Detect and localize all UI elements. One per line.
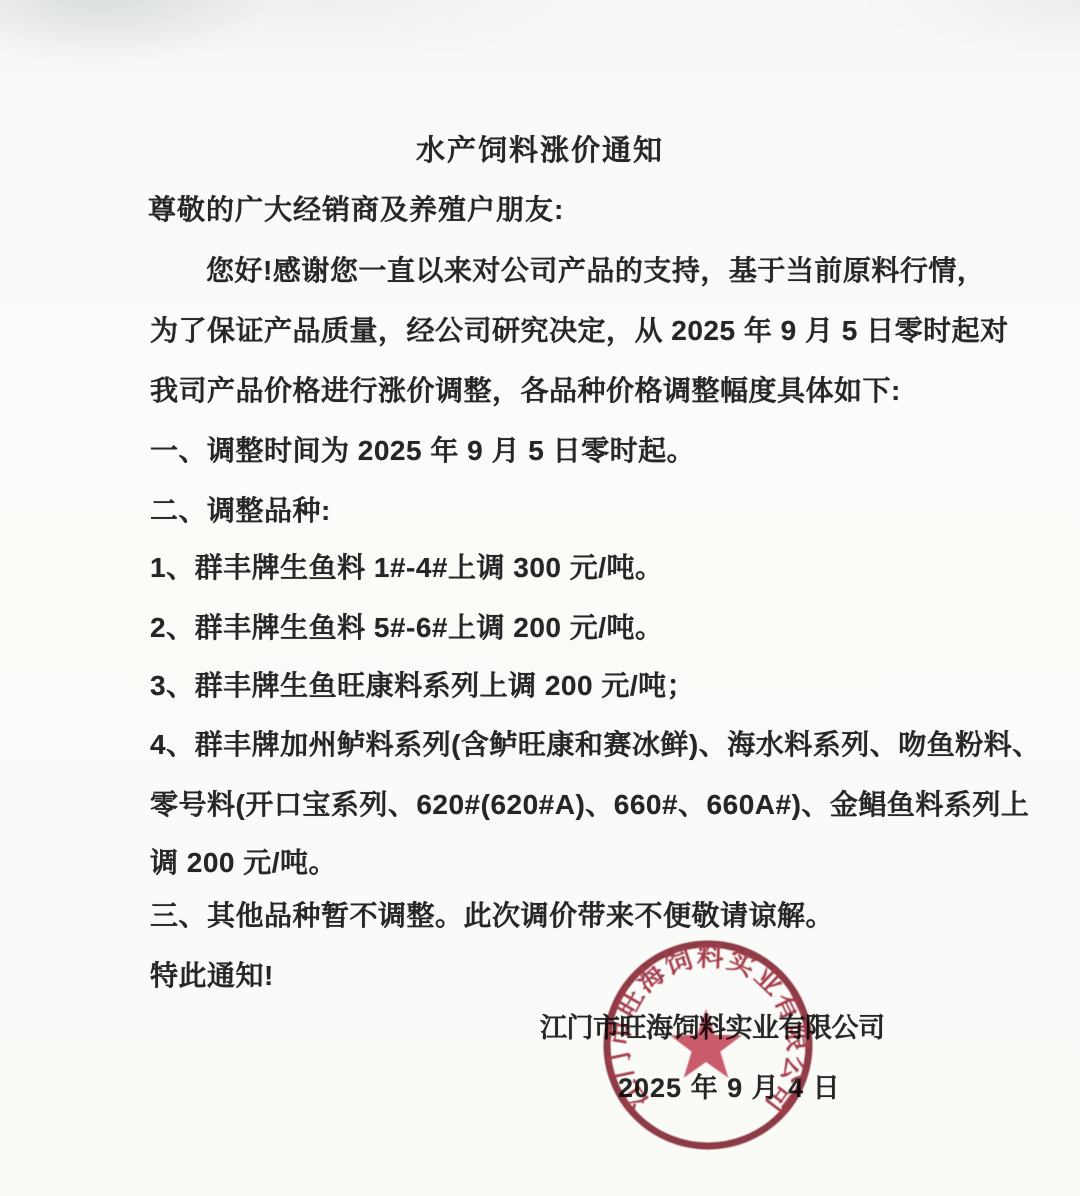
notice-document: 水产饲料涨价通知 尊敬的广大经销商及养殖户朋友: 您好!感谢您一直以来对公司产品… bbox=[0, 0, 1080, 1196]
item-3: 3、群丰牌生鱼旺康料系列上调 200 元/吨； bbox=[150, 666, 695, 706]
item-4-line-1: 4、群丰牌加州鲈料系列(含鲈旺康和赛冰鲜)、海水料系列、吻鱼粉料、 bbox=[150, 725, 1041, 765]
section-two: 二、调整品种: bbox=[150, 491, 331, 531]
closing: 特此通知! bbox=[150, 956, 274, 996]
intro-line-1: 您好!感谢您一直以来对公司产品的支持，基于当前原料行情， bbox=[150, 251, 985, 291]
red-star-icon bbox=[670, 1009, 742, 1078]
section-one: 一、调整时间为 2025 年 9 月 5 日零时起。 bbox=[150, 431, 695, 471]
item-4-line-2: 零号料(开口宝系列、620#(620#A)、660#、660A#)、金鲳鱼料系列… bbox=[150, 785, 1029, 825]
company-seal-stamp: 江门市旺海饲料实业有限公司 bbox=[588, 925, 828, 1165]
page-title: 水产饲料涨价通知 bbox=[0, 128, 1080, 172]
item-4-line-3: 调 200 元/吨。 bbox=[150, 843, 337, 883]
item-2: 2、群丰牌生鱼料 5#-6#上调 200 元/吨。 bbox=[150, 608, 664, 648]
salutation: 尊敬的广大经销商及养殖户朋友: bbox=[148, 188, 564, 228]
item-1: 1、群丰牌生鱼料 1#-4#上调 300 元/吨。 bbox=[150, 548, 664, 588]
intro-line-3: 我司产品价格进行涨价调整，各品种价格调整幅度具体如下: bbox=[150, 371, 901, 411]
intro-line-2: 为了保证产品质量，经公司研究决定，从 2025 年 9 月 5 日零时起对 bbox=[150, 311, 1009, 351]
